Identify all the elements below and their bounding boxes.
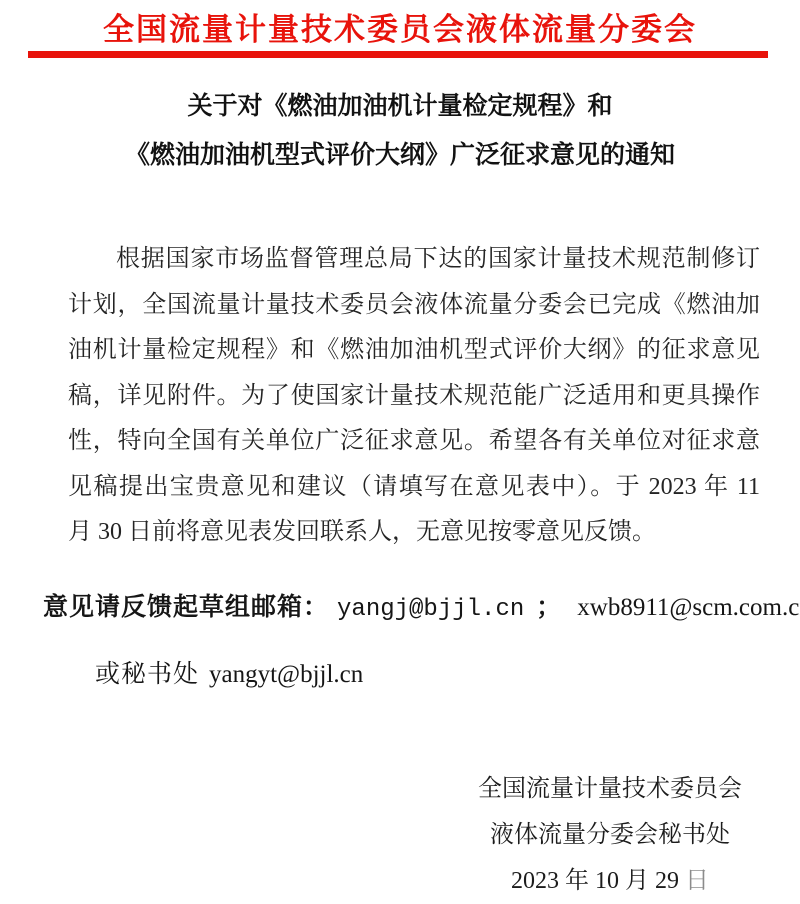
signature-block: 全国流量计量技术委员会 液体流量分委会秘书处 2023 年 10 月 29日 bbox=[470, 766, 750, 904]
secretariat-email: yangyt@bjjl.cn bbox=[209, 661, 363, 688]
notice-title: 关于对《燃油加油机计量检定规程》和《燃油加油机型式评价大纲》广泛征求意见的通知 bbox=[0, 82, 800, 180]
feedback-label: 意见请反馈起草组邮箱： bbox=[43, 593, 329, 621]
body-text-line: 见稿提出宝贵意见和建议（请填写在意见表中）。于 2023 年 11 bbox=[68, 465, 760, 511]
signature-org-line1: 全国流量计量技术委员会 bbox=[470, 766, 750, 812]
secretariat-label: 或秘书处 bbox=[95, 661, 199, 688]
email-separator: ； bbox=[536, 594, 561, 621]
notice-body-paragraph: 根据国家市场监督管理总局下达的国家计量技术规范制修订计划，全国流量计量技术委员会… bbox=[68, 237, 760, 556]
letterhead-divider-rule bbox=[28, 51, 768, 58]
notice-title-line: 关于对《燃油加油机计量检定规程》和 bbox=[0, 82, 800, 131]
secondary-email: xwb8911@scm.com.cn bbox=[577, 594, 800, 621]
body-text-line: 根据国家市场监督管理总局下达的国家计量技术规范制修订 bbox=[68, 237, 760, 283]
body-text-line: 油机计量检定规程》和《燃油加油机型式评价大纲》的征求意见 bbox=[68, 328, 760, 374]
signature-date-suffix: 日 bbox=[685, 868, 709, 894]
body-text-line: 性，特向全国有关单位广泛征求意见。希望各有关单位对征求意 bbox=[68, 419, 760, 465]
secretariat-contact-line: 或秘书处yangyt@bjjl.cn bbox=[95, 656, 363, 694]
signature-date: 2023 年 10 月 29日 bbox=[470, 858, 750, 904]
primary-email: yangj@bjjl.cn bbox=[337, 596, 524, 623]
signature-org-line2: 液体流量分委会秘书处 bbox=[470, 812, 750, 858]
body-text-line: 稿，详见附件。为了使国家计量技术规范能广泛适用和更具操作 bbox=[68, 374, 760, 420]
letterhead-title: 全国流量计量技术委员会液体流量分委会 bbox=[0, 10, 800, 50]
notice-title-line: 《燃油加油机型式评价大纲》广泛征求意见的通知 bbox=[0, 131, 800, 180]
scanned-notice-document: 全国流量计量技术委员会液体流量分委会 关于对《燃油加油机计量检定规程》和《燃油加… bbox=[0, 0, 800, 904]
signature-date-main: 2023 年 10 月 29 bbox=[511, 868, 679, 894]
body-text-line: 月 30 日前将意见表发回联系人，无意见按零意见反馈。 bbox=[68, 510, 760, 556]
body-text-line: 计划，全国流量计量技术委员会液体流量分委会已完成《燃油加 bbox=[68, 283, 760, 329]
feedback-contact-line: 意见请反馈起草组邮箱：yangj@bjjl.cn；xwb8911@scm.com… bbox=[43, 588, 800, 629]
